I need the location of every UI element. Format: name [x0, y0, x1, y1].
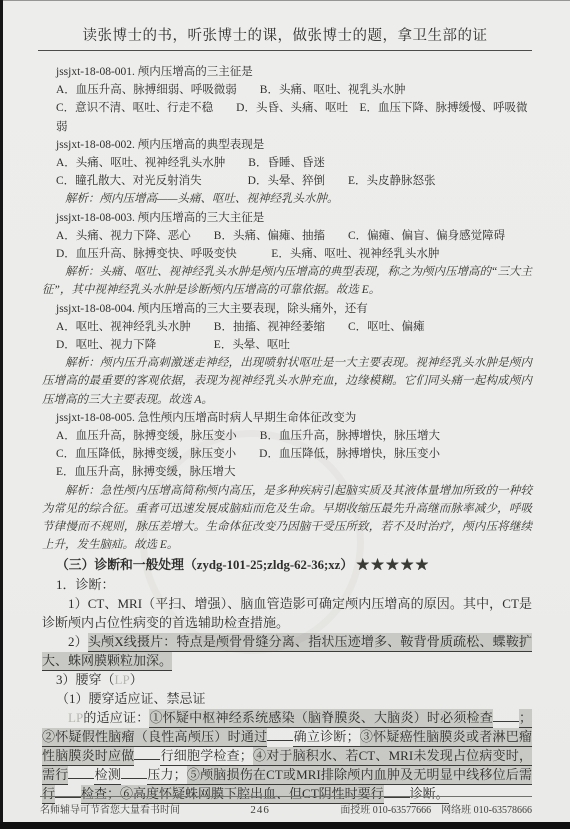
page-header: 读张博士的书，听张博士的课，做张博士的题，拿卫生部的证: [0, 24, 570, 51]
fill-blank: [121, 766, 147, 779]
question-block-5: jssjxt-18-08-005. 急性颅内压增高时病人早期生命体征改变为 A．…: [42, 409, 532, 555]
page-footer: 名师辅导可节省您大量看书时间 246 面授班 010-63577666 网络班 …: [40, 796, 532, 816]
xray-item-number: 2）: [68, 634, 88, 649]
question-block-1: jssjxt-18-08-001. 颅内压增高的三主征是 A．血压升高、脉搏细弱…: [42, 63, 532, 136]
lumbar-item-suffix: ）: [130, 672, 143, 687]
question-block-2: jssjxt-18-08-002. 颅内压增高的典型表现是 A．头痛、呕吐、视神…: [42, 136, 532, 209]
option-line: C．意识不清、呕吐、行走不稳 D．头昏、头痛、呕吐 E．血压下降、脉搏缓慢、呼吸…: [56, 99, 532, 135]
option-line: C．瞳孔散大、对光反射消失 D．头晕、猝倒 E．头皮静脉怒张: [56, 172, 532, 190]
question-block-3: jssjxt-18-08-003. 颅内压增高的三大主征是 A．头痛、视力下降、…: [42, 209, 532, 300]
lp-seg-3: ②怀疑假性脑瘤（良性高颅压）时通过: [42, 728, 267, 747]
lp-indications-paragraph: LP的适应证：①怀疑中枢神经系统感染（脑脊膜炎、大脑炎）时必须检查；②怀疑假性脑…: [42, 708, 532, 803]
option-line: E．血压升高，脉搏变缓，脉压增大: [56, 463, 532, 481]
scan-left-edge: [0, 0, 3, 829]
header-slogan: 读张博士的书，听张博士的课，做张博士的题，拿卫生部的证: [0, 24, 570, 45]
option-line: A．头痛、呕吐、视神经乳头水肿 B．昏睡、昏迷: [56, 154, 532, 172]
notes-item-lumbar-puncture: 3）腰穿（LP）: [56, 670, 532, 689]
question-analysis: 解析：颅内压升高刺激迷走神经，出现喷射状呕吐是一大主要表现。视神经乳头水肿是颅内…: [42, 354, 532, 409]
page-content: jssjxt-18-08-001. 颅内压增高的三主征是 A．血压升高、脉搏细弱…: [0, 51, 570, 803]
question-header: jssjxt-18-08-003. 颅内压增高的三大主征是: [56, 209, 532, 227]
question-header: jssjxt-18-08-004. 颅内压增高的三大主要表现，除头痛外，还有: [56, 300, 532, 318]
option-line: A．血压升高，脉搏变缓，脉压变小 B．血压升高，脉搏增快，脉压增大: [56, 427, 532, 445]
question-analysis: 解析：急性颅内压增高简称颅内高压，是多种疾病引起脑实质及其液体量增加所致的一种较…: [42, 482, 532, 555]
notes-item-diagnosis: 1．诊断：: [56, 575, 532, 594]
option-line: A．呕吐、视神经乳头水肿 B．抽搐、视神经萎缩 C．呕吐、偏瘫: [56, 318, 532, 336]
question-header: jssjxt-18-08-002. 颅内压增高的典型表现是: [56, 136, 532, 154]
scan-top-edge: [0, 0, 570, 1]
star-rating: ★★★★★: [356, 558, 430, 572]
scan-bottom-edge: [0, 822, 570, 829]
lp-seg-6: 行细胞学检查；: [160, 747, 252, 766]
lp-seg-8: 检测: [94, 766, 121, 785]
lp-seg-9: 压力；: [147, 766, 187, 785]
notes-section: （三）诊断和一般处理（zydg-101-25;zldg-62-36;xz） ★★…: [42, 556, 532, 803]
section-heading: （三）诊断和一般处理（zydg-101-25;zldg-62-36;xz） ★★…: [56, 556, 532, 575]
fill-blank: [68, 766, 94, 779]
fill-blank: [134, 747, 160, 760]
question-header: jssjxt-18-08-001. 颅内压增高的三主征是: [56, 63, 532, 81]
lumbar-item-prefix: 3）腰穿（: [56, 672, 115, 687]
lp-seg-2: ；: [519, 709, 532, 728]
page-number: 246: [250, 804, 270, 816]
question-analysis: 解析：颅内压增高——头痛、呕吐、视神经乳头水肿。: [42, 190, 532, 208]
option-line: D．血压升高、脉搏变快、呼吸变快 E．头痛、呕吐、视神经乳头水肿: [56, 245, 532, 263]
lp-seg-4: 确立诊断；: [293, 728, 359, 747]
lp-lead-faint: LP: [68, 710, 83, 725]
fill-blank: [493, 709, 519, 722]
lp-seg-1: ①怀疑中枢神经系统感染（脑脊膜炎、大脑炎）时必须检查: [149, 709, 493, 728]
lp-lead-rest: 的适应证：: [83, 710, 149, 725]
footer-contact-text: 面授班 010-63577666 网络班 010-63578666: [340, 801, 532, 816]
xray-highlight-text: 头颅X线摄片：特点是颅骨骨缝分离、指状压迹增多、鞍背骨质疏松、蝶鞍扩大、蛛网膜颗…: [42, 633, 532, 671]
question-header: jssjxt-18-08-005. 急性颅内压增高时病人早期生命体征改变为: [56, 409, 532, 427]
option-line: A．血压升高、脉搏细弱、呼吸微弱 B．头痛、呕吐、视乳头水肿: [56, 81, 532, 99]
notes-para-ct: 1）CT、MRI（平扫、增强）、脑血管造影可确定颅内压增高的原因。其中，CT是诊…: [42, 594, 532, 632]
fill-blank: [267, 728, 293, 741]
scanned-document-page: 读张博士的书，听张博士的课，做张博士的题，拿卫生部的证 jssjxt-18-08…: [0, 0, 570, 829]
question-analysis: 解析：头痛、呕吐、视神经乳头水肿是颅内压增高的典型表现，称之为颅内压增高的“三大…: [42, 263, 532, 299]
notes-para-xray: 2）头颅X线摄片：特点是颅骨骨缝分离、指状压迹增多、鞍背骨质疏松、蝶鞍扩大、蛛网…: [42, 632, 532, 670]
notes-sub-indications: （1）腰穿适应证、禁忌证: [56, 689, 532, 708]
option-line: C．血压降低，脉搏变缓，脉压变小 D．血压降低，脉搏增快，脉压变小: [56, 445, 532, 463]
option-line: A．头痛、视力下降、恶心 B．头痛、偏瘫、抽搐 C．偏瘫、偏盲、偏身感觉障碍: [56, 227, 532, 245]
question-block-4: jssjxt-18-08-004. 颅内压增高的三大主要表现，除头痛外，还有 A…: [42, 300, 532, 409]
lp-abbrev-faint: LP: [115, 672, 130, 687]
footer-left-text: 名师辅导可节省您大量看书时间: [40, 801, 180, 816]
section-heading-text: （三）诊断和一般处理（zydg-101-25;zldg-62-36;xz）: [56, 558, 353, 572]
option-line: D．呕吐、视力下降 E．头晕、呕吐: [56, 336, 532, 354]
